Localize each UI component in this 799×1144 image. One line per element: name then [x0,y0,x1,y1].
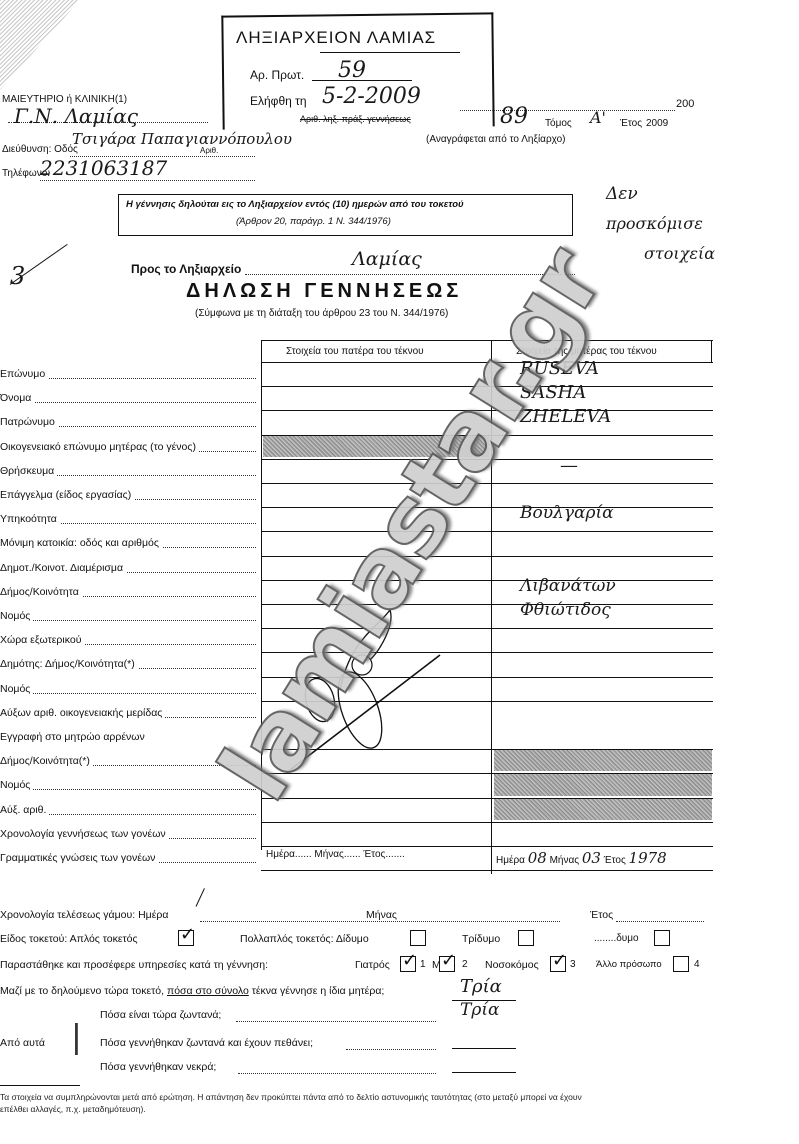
dot-leader [0,789,256,790]
attendant-midwife-checkmark: ✓ [441,954,456,968]
birth-type-label: Είδος τοκετού: Απλός τοκετός [0,933,138,945]
attendant-doctor-num: 1 [420,959,426,970]
table-column-divider [491,340,492,874]
signature-scribble [280,580,470,780]
children-total-value: Τρία [460,976,502,997]
table-rule [261,556,713,557]
stamp-underline [320,52,460,53]
attendant-doctor-label: Γιατρός [355,959,390,971]
row-label-text: Δήμος/Κοινότητα [0,586,82,598]
table-rule [261,507,713,508]
notice-line-2: (Άρθρον 20, παράγρ. 1 Ν. 344/1976) [236,216,391,227]
row-label-text: Πατρώνυμο [0,416,58,428]
registrar-note: (Αναγράφεται από το Ληξίαρχο) [426,134,566,145]
table-rule [261,531,713,532]
table-rule [261,483,713,484]
table-rule [261,846,713,847]
table-row-label: Δήμος/Κοινότητα(*) [0,755,93,767]
marriage-month-label: Μήνας [366,909,397,921]
marriage-year-dotted [616,921,704,922]
table-row-label: Δημότης: Δήμος/Κοινότητα(*) [0,658,138,670]
dot-leader [0,620,256,621]
row-label-text: Δήμος/Κοινότητα(*) [0,755,93,767]
children-question-underlined: πόσα στο σύνολο [167,985,249,997]
table-row-label: Δήμος/Κοινότητα [0,586,82,598]
row-label-text: Χώρα εξωτερικού [0,634,84,646]
died-answer-line [452,1048,516,1049]
row-label-text: Αύξων αριθ. οικογενειακής μερίδας [0,707,165,719]
stamp-title: ΛΗΞΙΑΡΧΕΙΟΝ ΛΑΜΙΑΣ [236,28,436,48]
table-rule [261,410,713,411]
children-question-suffix: τέκνα γέννησε η ίδια μητέρα; [252,985,385,997]
alive-dotted-line [236,1021,436,1022]
stamp-protocol-label: Αρ. Πρωτ. [250,68,304,82]
children-group-brace: | [72,1018,81,1057]
table-bottom-rule [261,870,713,871]
address-value: Τσιγάρα Παπαγιαννόπουλου [72,130,292,148]
addressee-value: Λαμίας [352,248,422,270]
mother-value: Λιβανάτων [520,576,616,596]
father-birthdate: Ημέρα...... Μήνας...... Έτος....... [266,849,405,860]
attendant-midwife-num: 2 [462,959,468,970]
twins-checkbox[interactable] [410,930,426,946]
mother-value: SASHA [520,382,586,403]
children-group-label: Από αυτά [0,1037,45,1049]
page-title: ΔΗΛΩΣΗ ΓΕΝΝΗΣΕΩΣ [186,280,462,303]
footnote-line-2: επέλθει αλλαγές, π.χ. μεταδημότευση). [0,1104,146,1114]
stamp-date-label: Ελήφθη τη [250,94,307,108]
table-rule [261,340,713,341]
table-right-border [711,340,712,362]
stillborn-label: Πόσα γεννήθηκαν νεκρά; [100,1061,216,1073]
mother-month-value: 03 [582,849,601,867]
clinic-value: Γ.Ν. Λαμίας [14,104,138,128]
table-rule [261,386,713,387]
table-row-label: Αύξων αριθ. οικογενειακής μερίδας [0,707,165,719]
table-row-label: Εγγραφή στο μητρώο αρρένων [0,731,148,743]
stillborn-answer-line [452,1072,516,1073]
row-label-text: Μόνιμη κατοικία: οδός και αριθμός [0,537,162,549]
triplets-label: Τρίδυμο [462,933,500,945]
row-label-text: Νομός [0,683,33,695]
table-row-label: Όνομα [0,392,34,404]
row-label-text: Δημότης: Δήμος/Κοινότητα(*) [0,658,138,670]
table-row-label: Μόνιμη κατοικία: οδός και αριθμός [0,537,162,549]
volume-label: Τόμος [545,118,572,129]
table-row-label: Επώνυμο [0,368,48,380]
mother-value: Φθιώτιδος [520,600,611,620]
row-label-text: Χρονολογία γεννήσεως των γονέων [0,828,169,840]
row-label-text: Αύξ. αριθ. [0,804,49,816]
side-note-line-3: στοιχεία [644,244,715,263]
multiple-birth-caption: Πολλαπλός τοκετός: [240,933,334,945]
table-row-label: Οικογενειακό επώνυμο μητέρας (το γένος) [0,441,199,453]
children-question-prefix: Μαζί με το δηλούμενο τώρα τοκετό, [0,985,164,997]
hatched-not-applicable-cell [263,436,489,457]
attendant-nurse-num: 3 [570,959,576,970]
mother-year-value: 1978 [629,849,667,867]
year-label: Έτος [620,118,642,129]
marriage-dotted-line [200,921,560,922]
mother-birthdate: Ημέρα 08 Μήνας 03 Έτος 1978 [496,849,667,867]
father-day-label: Ημέρα [266,849,295,860]
father-year-label: Έτος [363,849,385,860]
alive-label: Πόσα είναι τώρα ζωντανά; [100,1009,221,1021]
attendant-other-num: 4 [694,959,700,970]
triplets-checkbox[interactable] [518,930,534,946]
phone-dotted-line [40,180,255,181]
phone-value: 2231063187 [40,156,167,180]
alive-value: Τρία [460,1000,499,1020]
died-label: Πόσα γεννήθηκαν ζωντανά και έχουν πεθάνε… [100,1037,313,1049]
mother-value: — [560,455,578,476]
row-label-text: Γραμματικές γνώσεις των γονέων [0,852,158,864]
column-header-mother: Στοιχεία της μητέρας του τέκνου [516,346,657,357]
row-label-text: Νομός [0,779,33,791]
side-note-line-2: προσκόμισε [606,214,703,233]
birth-type-caption: Είδος τοκετού: [0,933,67,945]
year-value: 2009 [646,118,668,129]
mother-value: ZHELEVA [520,406,611,427]
row-label-text: Επώνυμο [0,368,48,380]
attendant-doctor-checkmark: ✓ [402,954,417,968]
attendants-label: Παραστάθηκε και προσέφερε υπηρεσίες κατά… [0,959,268,971]
multiple-birth-label: Πολλαπλός τοκετός: Δίδυμο [240,933,369,945]
row-label-text: Εγγραφή στο μητρώο αρρένων [0,731,148,743]
marriage-slash [196,888,205,907]
attendant-nurse-label: Νοσοκόμος [485,959,539,971]
row-label-text: Επάγγελμα (είδος εργασίας) [0,489,134,501]
page-subtitle: (Σύμφωνα με τη διάταξη του άρθρου 23 του… [195,308,448,319]
mother-year-label: Έτος [604,855,626,866]
scan-artifact [0,0,80,90]
row-label-text: Οικογενειακό επώνυμο μητέρας (το γένος) [0,441,199,453]
table-row-label: Νομός [0,779,33,791]
table-row-label: Αύξ. αριθ. [0,804,49,816]
table-row-label: Γραμματικές γνώσεις των γονέων [0,852,158,864]
footnote-rule [0,1085,80,1086]
attendant-nurse-checkmark: ✓ [552,954,567,968]
hatched-not-applicable-cell [494,799,712,820]
date-dotted-line [460,110,675,111]
table-rule [261,459,713,460]
twins-label: Δίδυμο [336,933,369,945]
mother-month-label: Μήνας [550,855,580,866]
table-row-label: Χρονολογία γεννήσεως των γονέων [0,828,169,840]
stamp-protocol-number: 59 [338,58,366,83]
registry-number-value: 89 [500,104,528,129]
other-multiple-label: ........δυμο [594,933,639,944]
table-row-label: Πατρώνυμο [0,416,58,428]
mother-value: Βουλγαρία [520,503,614,523]
table-rule [261,822,713,823]
notice-line-1: Η γέννησις δηλούται εις το Ληξιαρχείον ε… [126,199,464,210]
addressee-dotted-line [245,274,575,275]
marriage-year-label: Έτος [590,909,613,921]
other-multiple-checkbox[interactable] [654,930,670,946]
attendant-other-checkbox[interactable] [673,956,689,972]
dot-leader [0,693,256,694]
side-note-line-1: Δεν [606,184,638,204]
row-label-text: Όνομα [0,392,34,404]
table-row-label: Θρήσκευμα [0,465,57,477]
addressee-label: Προς το Ληξιαρχείο [131,262,241,276]
column-header-father: Στοιχεία του πατέρα του τέκνου [286,346,424,357]
table-row-label: Χώρα εξωτερικού [0,634,84,646]
table-row-label: Υπηκοότητα [0,513,60,525]
table-row-label: Δημοτ./Κοινοτ. Διαμέρισμα [0,562,126,574]
hatched-not-applicable-cell [494,774,712,795]
volume-value: Α' [590,108,606,127]
dot-leader [0,402,256,403]
single-birth-checkmark: ✓ [180,928,195,942]
registry-number-label: Αριθ. ληξ. πράξ. γεννήσεως [300,114,411,124]
table-row-label: Νομός [0,610,33,622]
footnote-line-1: Τα στοιχεία να συμπληρώνονται μετά από ε… [0,1092,582,1102]
row-label-text: Θρήσκευμα [0,465,57,477]
row-label-text: Δημοτ./Κοινοτ. Διαμέρισμα [0,562,126,574]
attendant-other-label: Άλλο πρόσωπο [596,959,662,970]
row-label-text: Νομός [0,610,33,622]
mother-day-label: Ημέρα [496,855,525,866]
father-month-label: Μήνας [314,849,344,860]
died-dotted-line [346,1049,436,1050]
stamp-date-value: 5-2-2009 [322,84,421,109]
table-row-label: Επάγγελμα (είδος εργασίας) [0,489,134,501]
marriage-label: Χρονολογία τελέσεως γάμου: Ημέρα [0,909,168,921]
mother-day-value: 08 [528,849,547,867]
mother-value: RUSEVA [520,358,599,379]
stillborn-dotted-line [238,1073,436,1074]
table-row-label: Νομός [0,683,33,695]
year-suffix: 200 [676,98,694,110]
address-label: Διεύθυνση: Οδός [2,144,78,155]
single-birth-label: Απλός τοκετός [70,933,138,945]
row-label-text: Υπηκοότητα [0,513,60,525]
children-question: Μαζί με το δηλούμενο τώρα τοκετό, πόσα σ… [0,985,384,997]
table-rule [261,362,713,363]
hatched-not-applicable-cell [494,750,712,771]
address-number-label: Αριθ. [200,146,218,155]
